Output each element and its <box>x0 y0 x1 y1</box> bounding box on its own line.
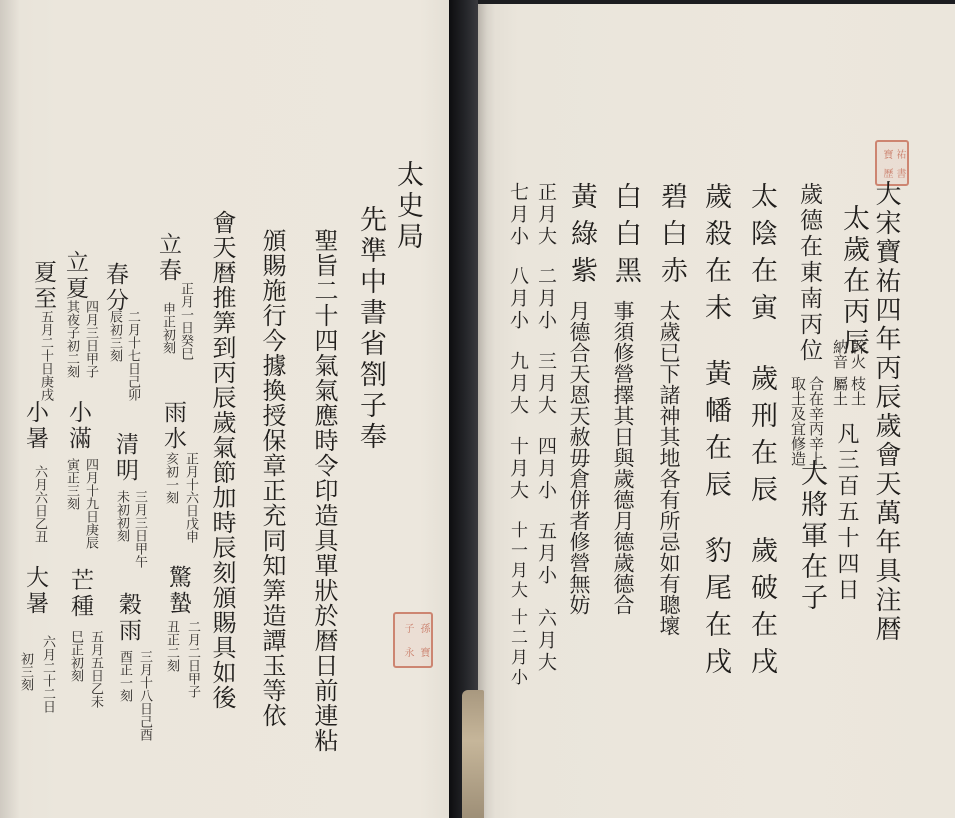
solar-term-name: 清明 <box>112 432 138 484</box>
solar-term-time: 酉正一刻 <box>117 650 131 702</box>
month-item: 九月大 <box>508 351 528 417</box>
solar-term-date: 六月六日乙丑 <box>32 465 46 543</box>
solar-term-time: 其夜子初二刻 <box>64 300 78 378</box>
solar-term-name: 立春 <box>155 232 181 284</box>
ganzhi-note: 枝土 <box>850 376 866 406</box>
solar-term-name: 驚蟄 <box>165 565 191 617</box>
suipo-line: 歲破在戌 <box>746 536 776 684</box>
solar-term-date: 二月二日甲子 <box>185 620 199 698</box>
ganzhi-note: 納音 <box>832 339 848 369</box>
month-item: 六月大 <box>536 608 556 674</box>
memorial-line-4: 會天暦推筭到丙辰歲氣節加時辰刻頒賜具如後 <box>208 210 236 710</box>
solar-term-date: 四月三日甲子 <box>83 300 97 378</box>
solar-term-date: 五月二十日庚戌 <box>38 310 52 401</box>
seal-char: 祐 <box>892 144 905 163</box>
suide-line: 歲德在東南丙位 <box>796 182 822 364</box>
solar-term-date: 正月十六日戊申 <box>183 452 197 543</box>
right-page: 寶 祐 歷 書 大宋寶祐四年丙辰歲會天萬年具注暦 太歲在丙辰 幹火 納音 枝土 … <box>478 4 955 818</box>
solar-term-name: 穀雨 <box>115 592 141 644</box>
month-item: 十月大 <box>508 436 528 502</box>
repair-note: 事須修營擇其日與歲德月德歲德合 <box>612 300 634 615</box>
solar-term-name: 小滿 <box>65 400 91 452</box>
solar-term-name: 大暑 <box>22 565 48 617</box>
month-item: 八月小 <box>508 266 528 332</box>
solar-term-name: 芒種 <box>67 568 93 620</box>
solar-term-time: 申正初刻 <box>160 302 174 354</box>
memorial-line-2: 聖旨二十四氣氣應時令印造具單狀於暦日前連粘 <box>310 228 338 753</box>
colors-line: 白白黑 <box>610 182 640 293</box>
seal-char: 寶 <box>413 640 429 664</box>
gods-note: 太歲已下諸神其地各有所忌如有聰壞 <box>658 300 680 636</box>
solar-term-name: 雨水 <box>160 400 186 452</box>
month-item: 二月小 <box>536 266 556 332</box>
solar-term-date: 正月一日癸巳 <box>178 282 192 360</box>
days-total: 凡三百五十四日 <box>834 422 859 604</box>
month-item: 十一月大 <box>508 521 526 601</box>
baowei-line: 豹尾在戌 <box>700 536 730 684</box>
suide-he-note: 合在辛丙辛上 <box>808 376 824 466</box>
solar-term-date: 六月二十二日 <box>40 635 54 713</box>
solar-term-time: 亥初一刻 <box>163 452 177 504</box>
torn-page-fragment <box>462 690 484 818</box>
month-item: 三月大 <box>536 351 556 417</box>
office-title: 太史局 <box>392 160 422 253</box>
solar-term-name: 立夏 <box>62 250 88 302</box>
seal-char: 永 <box>397 640 413 664</box>
suixing-line: 歲刑在辰 <box>746 364 776 512</box>
suisha-line: 歲殺在未 <box>700 182 730 330</box>
seal-char: 寶 <box>879 144 892 163</box>
colors-line: 碧白赤 <box>656 182 686 293</box>
yuede-note: 月德合天恩天赦毋倉併者修營無妨 <box>568 300 590 615</box>
solar-term-date: 四月十九日庚辰 <box>83 458 97 549</box>
memorial-line-1: 先準中書省劄子奉 <box>355 205 385 453</box>
red-seal-stamp: 子 孫 永 寶 <box>393 612 433 668</box>
almanac-title: 大宋寶祐四年丙辰歲會天萬年具注暦 <box>872 180 900 644</box>
ganzhi-note: 幹火 <box>850 339 866 369</box>
memorial-line-3: 頒賜施行今據換授保章正充同知筭造譚玉等依 <box>258 228 286 728</box>
left-page: 太史局 先準中書省劄子奉 聖旨二十四氣氣應時令印造具單狀於暦日前連粘 頒賜施行今… <box>0 0 449 818</box>
seal-char: 子 <box>397 616 413 640</box>
seal-char: 孫 <box>413 616 429 640</box>
solar-term-name: 夏至 <box>30 260 56 312</box>
solar-term-name: 小暑 <box>22 400 48 452</box>
da-jiangjun-line: 大將軍在子 <box>796 459 826 614</box>
solar-term-date: 二月十七日己卯 <box>125 310 139 401</box>
solar-term-date: 三月三日甲午 <box>132 490 146 568</box>
solar-term-time: 初三刻 <box>18 652 32 691</box>
taiyin-line: 太陰在寅 <box>746 182 776 330</box>
solar-term-time: 寅正三刻 <box>64 458 78 510</box>
qu-tu-note: 取土及宜修造 <box>790 376 806 466</box>
month-item: 十二月小 <box>508 608 526 688</box>
solar-term-time: 丑正二刻 <box>164 620 178 672</box>
ganzhi-note: 屬土 <box>832 376 848 406</box>
month-item: 五月小 <box>536 521 556 587</box>
solar-term-time: 巳正初刻 <box>68 630 82 682</box>
taisui-line: 太歲在丙辰 <box>838 204 868 359</box>
solar-term-time: 辰初三刻 <box>107 310 121 362</box>
solar-term-time: 未初初刻 <box>114 490 128 542</box>
month-item: 四月小 <box>536 436 556 502</box>
huangfan-line: 黃幡在辰 <box>700 359 730 507</box>
month-item: 正月大 <box>536 182 556 248</box>
solar-term-name: 春分 <box>102 262 128 314</box>
solar-term-date: 三月十八日己酉 <box>137 650 151 741</box>
month-item: 七月小 <box>508 182 528 248</box>
solar-term-date: 五月五日乙未 <box>88 630 102 708</box>
colors-line: 黃綠紫 <box>566 182 596 293</box>
